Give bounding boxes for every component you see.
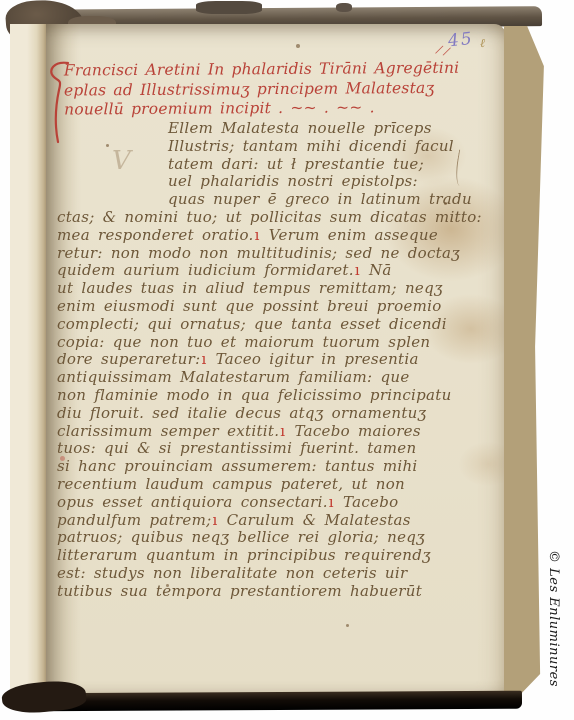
rubric-line: nouellū proemium incipit . ~~ . ~~ . — [64, 97, 494, 120]
manuscript-text-line: pandulfum patrem;ı Carulum & Malatestas — [57, 512, 493, 530]
manuscript-text-line: si hanc prouinciam assumerem: tantus mih… — [57, 458, 493, 476]
guide-letter: V — [112, 146, 131, 176]
manuscript-photo: 45 ℓ ⁄ ⁄ Francisci Aretini In phalaridis… — [0, 0, 574, 720]
rubric-line: Francisci Aretini In phalaridis Tirāni A… — [64, 58, 494, 81]
manuscript-text-line: patruos; quibus neqʒ bellice rei gloria;… — [57, 529, 493, 547]
manuscript-text-line: Ellem Malatesta nouelle prīceps — [168, 120, 458, 138]
manuscript-text-line: antiquissimam Malatestarum familiam: que — [57, 369, 493, 387]
margin-red-dot — [60, 456, 65, 461]
body-text-indented: Ellem Malatesta nouelle prīcepsIllustris… — [168, 120, 458, 209]
copyright-notice: © Les Enluminures — [545, 550, 561, 710]
gutter-facing-page-edge — [10, 24, 48, 700]
manuscript-text-line: opus esset antiquiora consectari.ı Taceb… — [57, 494, 493, 512]
parchment-speck — [106, 144, 109, 147]
manuscript-text-line: recentium laudum campus pateret, ut non — [57, 476, 493, 494]
manuscript-text-line: tuos: qui & si prestantissimi fuerint. t… — [57, 440, 493, 458]
book-bottom-edge — [30, 691, 522, 712]
manuscript-text-line: tutibus sua tempora prestantiorem habuer… — [57, 583, 493, 601]
manuscript-text-line: non flaminie modo in qua felicissimo pri… — [57, 387, 493, 405]
manuscript-text-line: tatem dari: ut ł prestantie tue; — [168, 156, 458, 174]
manuscript-text-line: ctas; & nomini tuo; ut pollicitas sum di… — [57, 209, 493, 227]
parchment-speck — [296, 44, 300, 48]
folio-letter-mark: ℓ — [480, 36, 485, 51]
manuscript-text-line: quidem aurium iudicium formidaret.ı Nā — [57, 262, 493, 280]
red-paragraph-mark: ı — [254, 226, 261, 244]
red-paragraph-mark: ı — [354, 261, 361, 279]
rubric-line: eplas ad Illustrissimuʒ principem Malate… — [64, 78, 494, 101]
manuscript-text-line: retur: non modo non multitudinis; sed ne… — [57, 245, 493, 263]
manuscript-text-line: ut laudes tuas in aliud tempus remittam;… — [57, 280, 493, 298]
manuscript-text-line: dore superaretur:ı Taceo igitur in prese… — [57, 351, 493, 369]
manuscript-text-line: uel phalaridis nostri epistolps: — [168, 173, 458, 191]
head-edge-wear-mark — [196, 1, 262, 14]
manuscript-text-line: quas nuper ē greco in latinum tradu — [168, 191, 458, 209]
red-paragraph-mark: ı — [211, 511, 218, 529]
manuscript-text-line: clarissimum semper extitit.ı Tacebo maio… — [57, 423, 493, 441]
manuscript-text-line: est: studys non liberalitate non ceteris… — [57, 565, 493, 583]
red-paragraph-mark: ı — [200, 350, 207, 368]
manuscript-text-line: litterarum quantum in principibus requir… — [57, 547, 493, 565]
manuscript-text-line: copia: que non tuo et maiorum tuorum spl… — [57, 334, 493, 352]
manuscript-text-line: diu floruit. sed italie decus atqʒ ornam… — [57, 405, 493, 423]
red-paragraph-mark: ı — [279, 422, 286, 440]
red-paragraph-mark: ı — [328, 493, 335, 511]
rubric-text: Francisci Aretini In phalaridis Tirāni A… — [64, 58, 494, 120]
manuscript-text-line: mea responderet oratio.ı Verum enim asse… — [57, 227, 493, 245]
manuscript-text-line: enim eiusmodi sunt que possint breui pro… — [57, 298, 493, 316]
manuscript-text-line: Illustris; tantam mihi dicendi facul — [168, 138, 458, 156]
book-fore-edge — [504, 26, 546, 694]
parchment-speck — [346, 624, 349, 627]
body-text: ctas; & nomini tuo; ut pollicitas sum di… — [57, 209, 493, 601]
head-edge-wear-mark — [336, 3, 352, 12]
manuscript-text-line: complecti; qui ornatus; que tanta esset … — [57, 316, 493, 334]
folio-number: 45 — [447, 29, 475, 52]
